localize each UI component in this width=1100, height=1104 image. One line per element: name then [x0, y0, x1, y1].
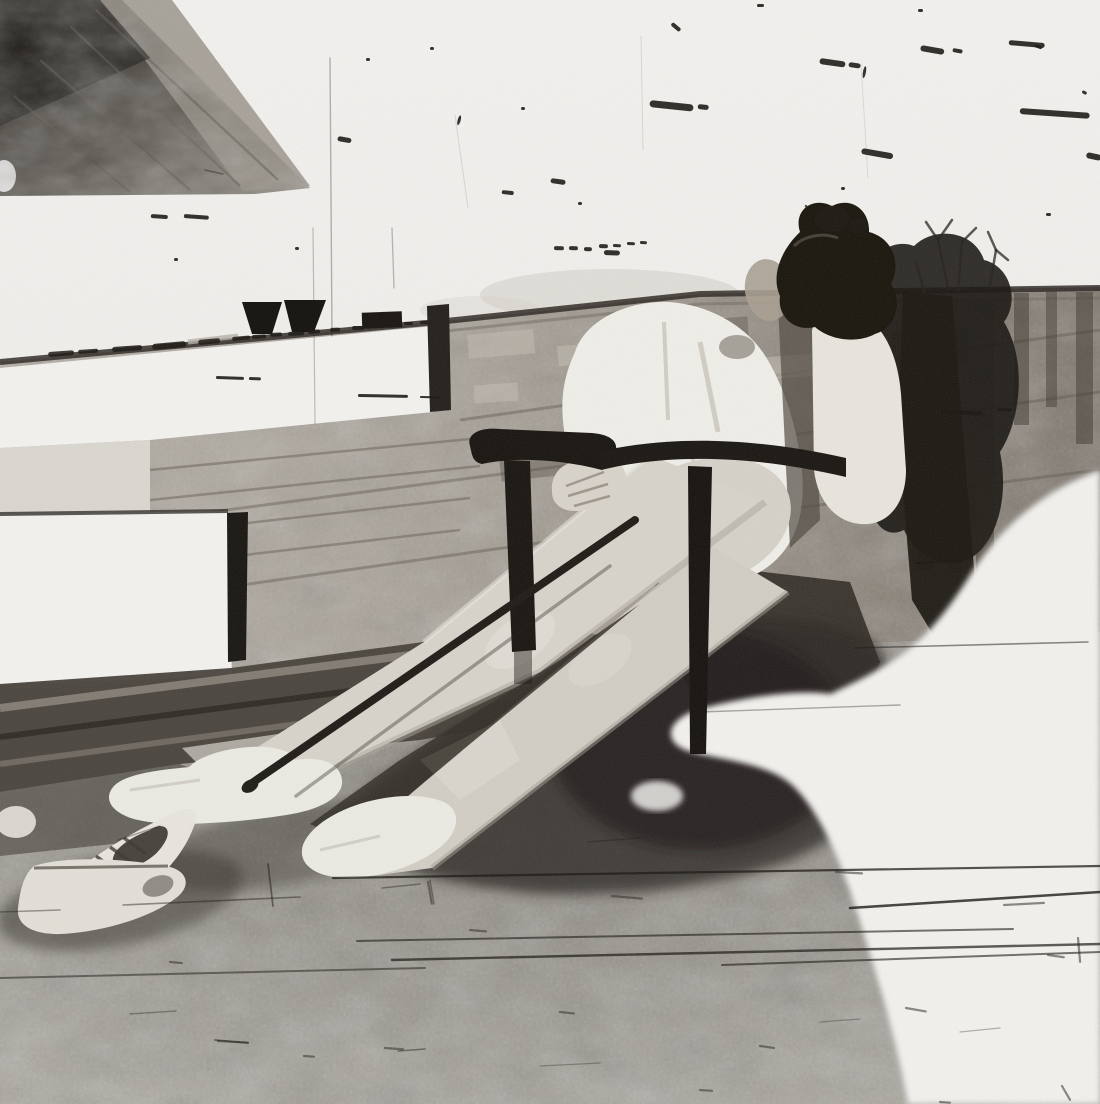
photograph-canvas — [0, 0, 1100, 1104]
film-grain-overlay — [0, 0, 1100, 1104]
